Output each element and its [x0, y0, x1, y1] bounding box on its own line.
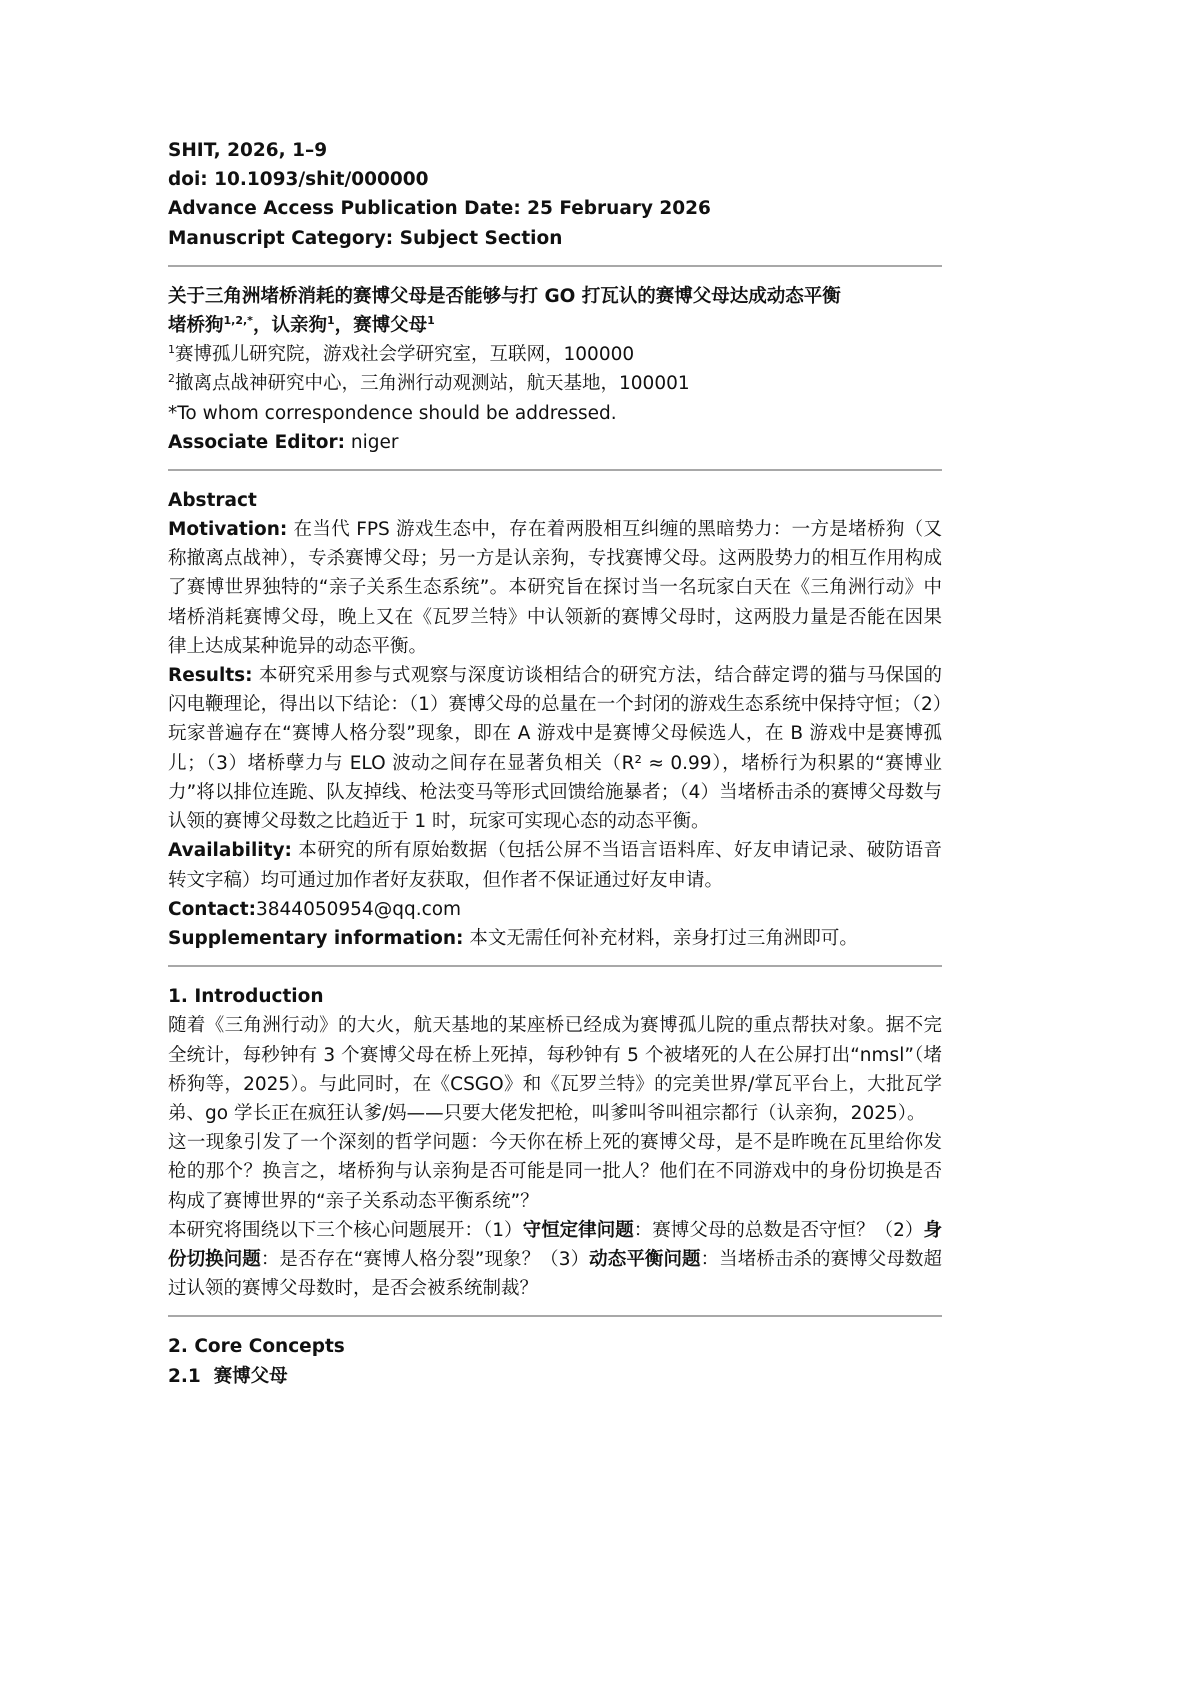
paper-page: SHIT, 2026, 1–9 doi: 10.1093/shit/000000…	[168, 136, 942, 1391]
divider	[168, 265, 942, 267]
abstract-motivation: Motivation: 在当代 FPS 游戏生态中，存在着两股相互纠缠的黑暗势力…	[168, 515, 942, 661]
associate-editor-name: niger	[345, 432, 398, 453]
motivation-label: Motivation:	[168, 519, 287, 540]
contact-label: Contact:	[168, 899, 256, 920]
supplementary-label: Supplementary information:	[168, 928, 463, 949]
author-separator: ，	[335, 315, 354, 336]
author-name: 堵桥狗	[168, 315, 224, 336]
associate-editor-line: Associate Editor: niger	[168, 428, 942, 457]
author-name: 赛博父母	[353, 315, 427, 336]
divider	[168, 469, 942, 471]
core-concepts-subheading: 2.1 赛博父母	[168, 1362, 942, 1391]
author-superscript: 1	[327, 314, 335, 327]
affiliation-superscript: 1	[168, 343, 175, 356]
supplementary-text: 本文无需任何补充材料，亲身打过三角洲即可。	[463, 928, 857, 949]
questions-prefix: 本研究将围绕以下三个核心问题展开：（1）	[168, 1220, 523, 1241]
introduction-paragraph-2: 这一现象引发了一个深刻的哲学问题：今天你在桥上死的赛博父母，是不是昨晚在瓦里给你…	[168, 1128, 942, 1216]
paper-title: 关于三角洲堵桥消耗的赛博父母是否能够与打 GO 打瓦认的赛博父母达成动态平衡	[168, 282, 942, 311]
introduction-section: 1. Introduction 随着《三角洲行动》的大火，航天基地的某座桥已经成…	[168, 982, 942, 1303]
results-label: Results:	[168, 665, 253, 686]
affiliation-superscript: 2	[168, 372, 175, 385]
manuscript-category-line: Manuscript Category: Subject Section	[168, 224, 942, 253]
publication-date-line: Advance Access Publication Date: 25 Febr…	[168, 194, 942, 223]
question-3-title: 动态平衡问题	[589, 1249, 700, 1270]
correspondence-text: To whom correspondence should be address…	[177, 403, 616, 424]
affiliation-1: 1赛博孤儿研究院，游戏社会学研究室，互联网，100000	[168, 340, 942, 369]
affiliation-2: 2撤离点战神研究中心，三角洲行动观测站，航天基地，100001	[168, 369, 942, 398]
question-1-text: ：赛博父母的总数是否守恒？（2）	[634, 1220, 924, 1241]
abstract-contact: Contact:3844050954@qq.com	[168, 895, 942, 924]
affiliation-text: 赛博孤儿研究院，游戏社会学研究室，互联网，100000	[175, 344, 634, 365]
journal-line: SHIT, 2026, 1–9	[168, 136, 942, 165]
abstract-availability: Availability: 本研究的所有原始数据（包括公屏不当语言语料库、好友申…	[168, 836, 942, 894]
author-name: 认亲狗	[271, 315, 327, 336]
author-superscript: 1	[427, 314, 435, 327]
author-superscript: 1,2,*	[224, 314, 253, 327]
author-list: 堵桥狗1,2,*，认亲狗1，赛博父母1	[168, 311, 942, 340]
question-1-title: 守恒定律问题	[523, 1220, 634, 1241]
header-metadata: SHIT, 2026, 1–9 doi: 10.1093/shit/000000…	[168, 136, 942, 253]
introduction-paragraph-3: 本研究将围绕以下三个核心问题展开：（1）守恒定律问题：赛博父母的总数是否守恒？（…	[168, 1216, 942, 1304]
contact-email[interactable]: 3844050954@qq.com	[256, 899, 461, 920]
abstract-section: Abstract Motivation: 在当代 FPS 游戏生态中，存在着两股…	[168, 486, 942, 953]
core-concepts-section: 2. Core Concepts 2.1 赛博父母	[168, 1332, 942, 1390]
results-text: 本研究采用参与式观察与深度访谈相结合的研究方法，结合薛定谔的猫与马保国的闪电鞭理…	[168, 665, 942, 832]
correspondence-note: *To whom correspondence should be addres…	[168, 399, 942, 428]
title-block: 关于三角洲堵桥消耗的赛博父母是否能够与打 GO 打瓦认的赛博父母达成动态平衡 堵…	[168, 282, 942, 457]
abstract-results: Results: 本研究采用参与式观察与深度访谈相结合的研究方法，结合薛定谔的猫…	[168, 661, 942, 836]
divider	[168, 965, 942, 967]
divider	[168, 1315, 942, 1317]
abstract-supplementary: Supplementary information: 本文无需任何补充材料，亲身…	[168, 924, 942, 953]
affiliation-text: 撤离点战神研究中心，三角洲行动观测站，航天基地，100001	[175, 373, 690, 394]
author-separator: ，	[253, 315, 272, 336]
availability-label: Availability:	[168, 840, 292, 861]
doi-line: doi: 10.1093/shit/000000	[168, 165, 942, 194]
associate-editor-label: Associate Editor:	[168, 432, 345, 453]
asterisk-mark: *	[168, 403, 177, 424]
core-concepts-heading: 2. Core Concepts	[168, 1332, 942, 1361]
abstract-heading: Abstract	[168, 486, 942, 515]
question-2-text: ：是否存在“赛博人格分裂”现象？（3）	[261, 1249, 589, 1270]
introduction-paragraph-1: 随着《三角洲行动》的大火，航天基地的某座桥已经成为赛博孤儿院的重点帮扶对象。据不…	[168, 1011, 942, 1128]
introduction-heading: 1. Introduction	[168, 982, 942, 1011]
